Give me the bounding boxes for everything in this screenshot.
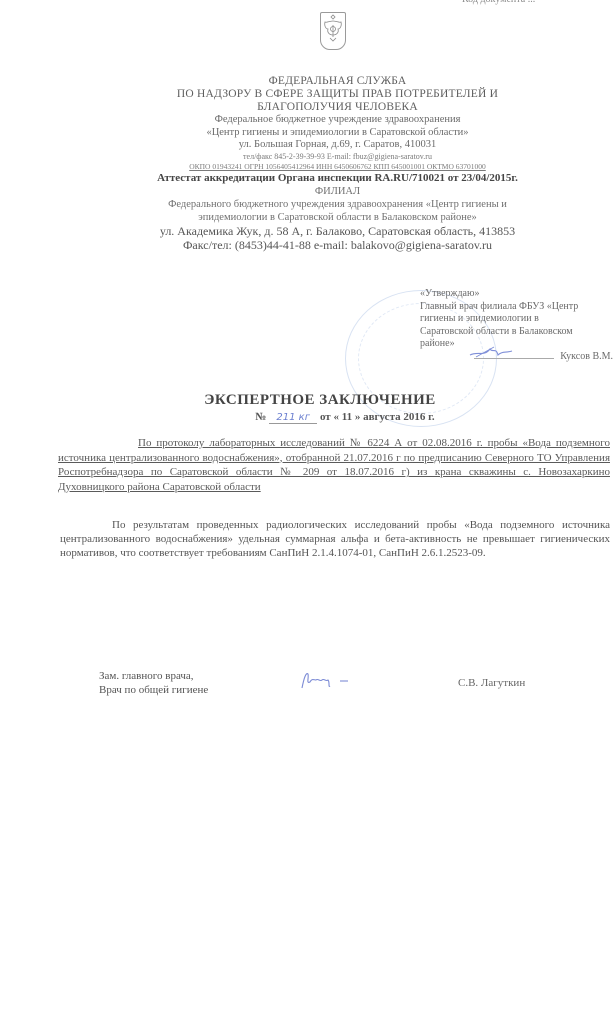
approval-line4: районе» [420, 338, 615, 351]
letterhead: ФЕДЕРАЛЬНАЯ СЛУЖБА ПО НАДЗОРУ В СФЕРЕ ЗА… [140, 75, 535, 252]
branch-line1: Федерального бюджетного учреждения здрав… [140, 198, 535, 211]
service-name-line3: БЛАГОПОЛУЧИЯ ЧЕЛОВЕКА [140, 101, 535, 114]
institution-line2: «Центр гигиены и эпидемиологии в Саратов… [140, 127, 535, 140]
approval-block: «Утверждаю» Главный врач филиала ФБУЗ «Ц… [420, 288, 615, 363]
approval-line3: Саратовской области в Балаковском [420, 326, 615, 339]
institution-line1: Федеральное бюджетное учреждение здравоо… [140, 114, 535, 127]
branch-label: ФИЛИАЛ [140, 185, 535, 198]
approval-signature-icon [468, 343, 516, 366]
service-name-line2: ПО НАДЗОРУ В СФЕРЕ ЗАЩИТЫ ПРАВ ПОТРЕБИТЕ… [140, 88, 535, 101]
signer-position: Зам. главного врача, Врач по общей гигие… [99, 669, 208, 697]
signer-signature-icon [298, 668, 358, 697]
institution-address: ул. Большая Горная, д.69, г. Саратов, 41… [140, 139, 535, 152]
approval-label: «Утверждаю» [420, 288, 615, 301]
institution-contacts: тел/факс 845-2-39-39-93 E-mail: fbuz@gig… [140, 152, 535, 162]
conclusion-number: 211 кг [269, 412, 317, 424]
approval-signatory: Куксов В.М. [560, 351, 613, 362]
number-prefix: № [255, 411, 266, 423]
result-paragraph: По результатам проведенных радиологическ… [60, 518, 610, 560]
conclusion-date: от « 11 » августа 2016 г. [320, 411, 435, 423]
approval-line2: гигиены и эпидемиологии в [420, 313, 615, 326]
conclusion-number-line: № 211 кг от « 11 » августа 2016 г. [200, 411, 490, 424]
signer-position-line2: Врач по общей гигиене [99, 683, 208, 697]
branch-line2: эпидемиологии в Саратовской области в Ба… [140, 211, 535, 224]
approval-line1: Главный врач филиала ФБУЗ «Центр [420, 301, 615, 314]
service-name-line1: ФЕДЕРАЛЬНАЯ СЛУЖБА [140, 75, 535, 88]
registration-codes: ОКПО 01943241 ОГРН 1056405412964 ИНН 645… [140, 162, 535, 171]
document-title: ЭКСПЕРТНОЕ ЗАКЛЮЧЕНИЕ [150, 392, 490, 409]
signer-name: С.В. Лагуткин [458, 677, 525, 689]
protocol-paragraph: По протоколу лабораторных исследований №… [58, 436, 610, 494]
signer-position-line1: Зам. главного врача, [99, 669, 208, 683]
accreditation-line: Аттестат аккредитации Органа инспекции R… [140, 171, 535, 185]
coat-of-arms-icon [320, 12, 346, 50]
branch-address: ул. Академика Жук, д. 58 А, г. Балаково,… [140, 224, 535, 238]
branch-contacts: Факс/тел: (8453)44-41-88 e-mail: balakov… [140, 238, 535, 252]
document-code: Код документа ... [462, 0, 535, 5]
